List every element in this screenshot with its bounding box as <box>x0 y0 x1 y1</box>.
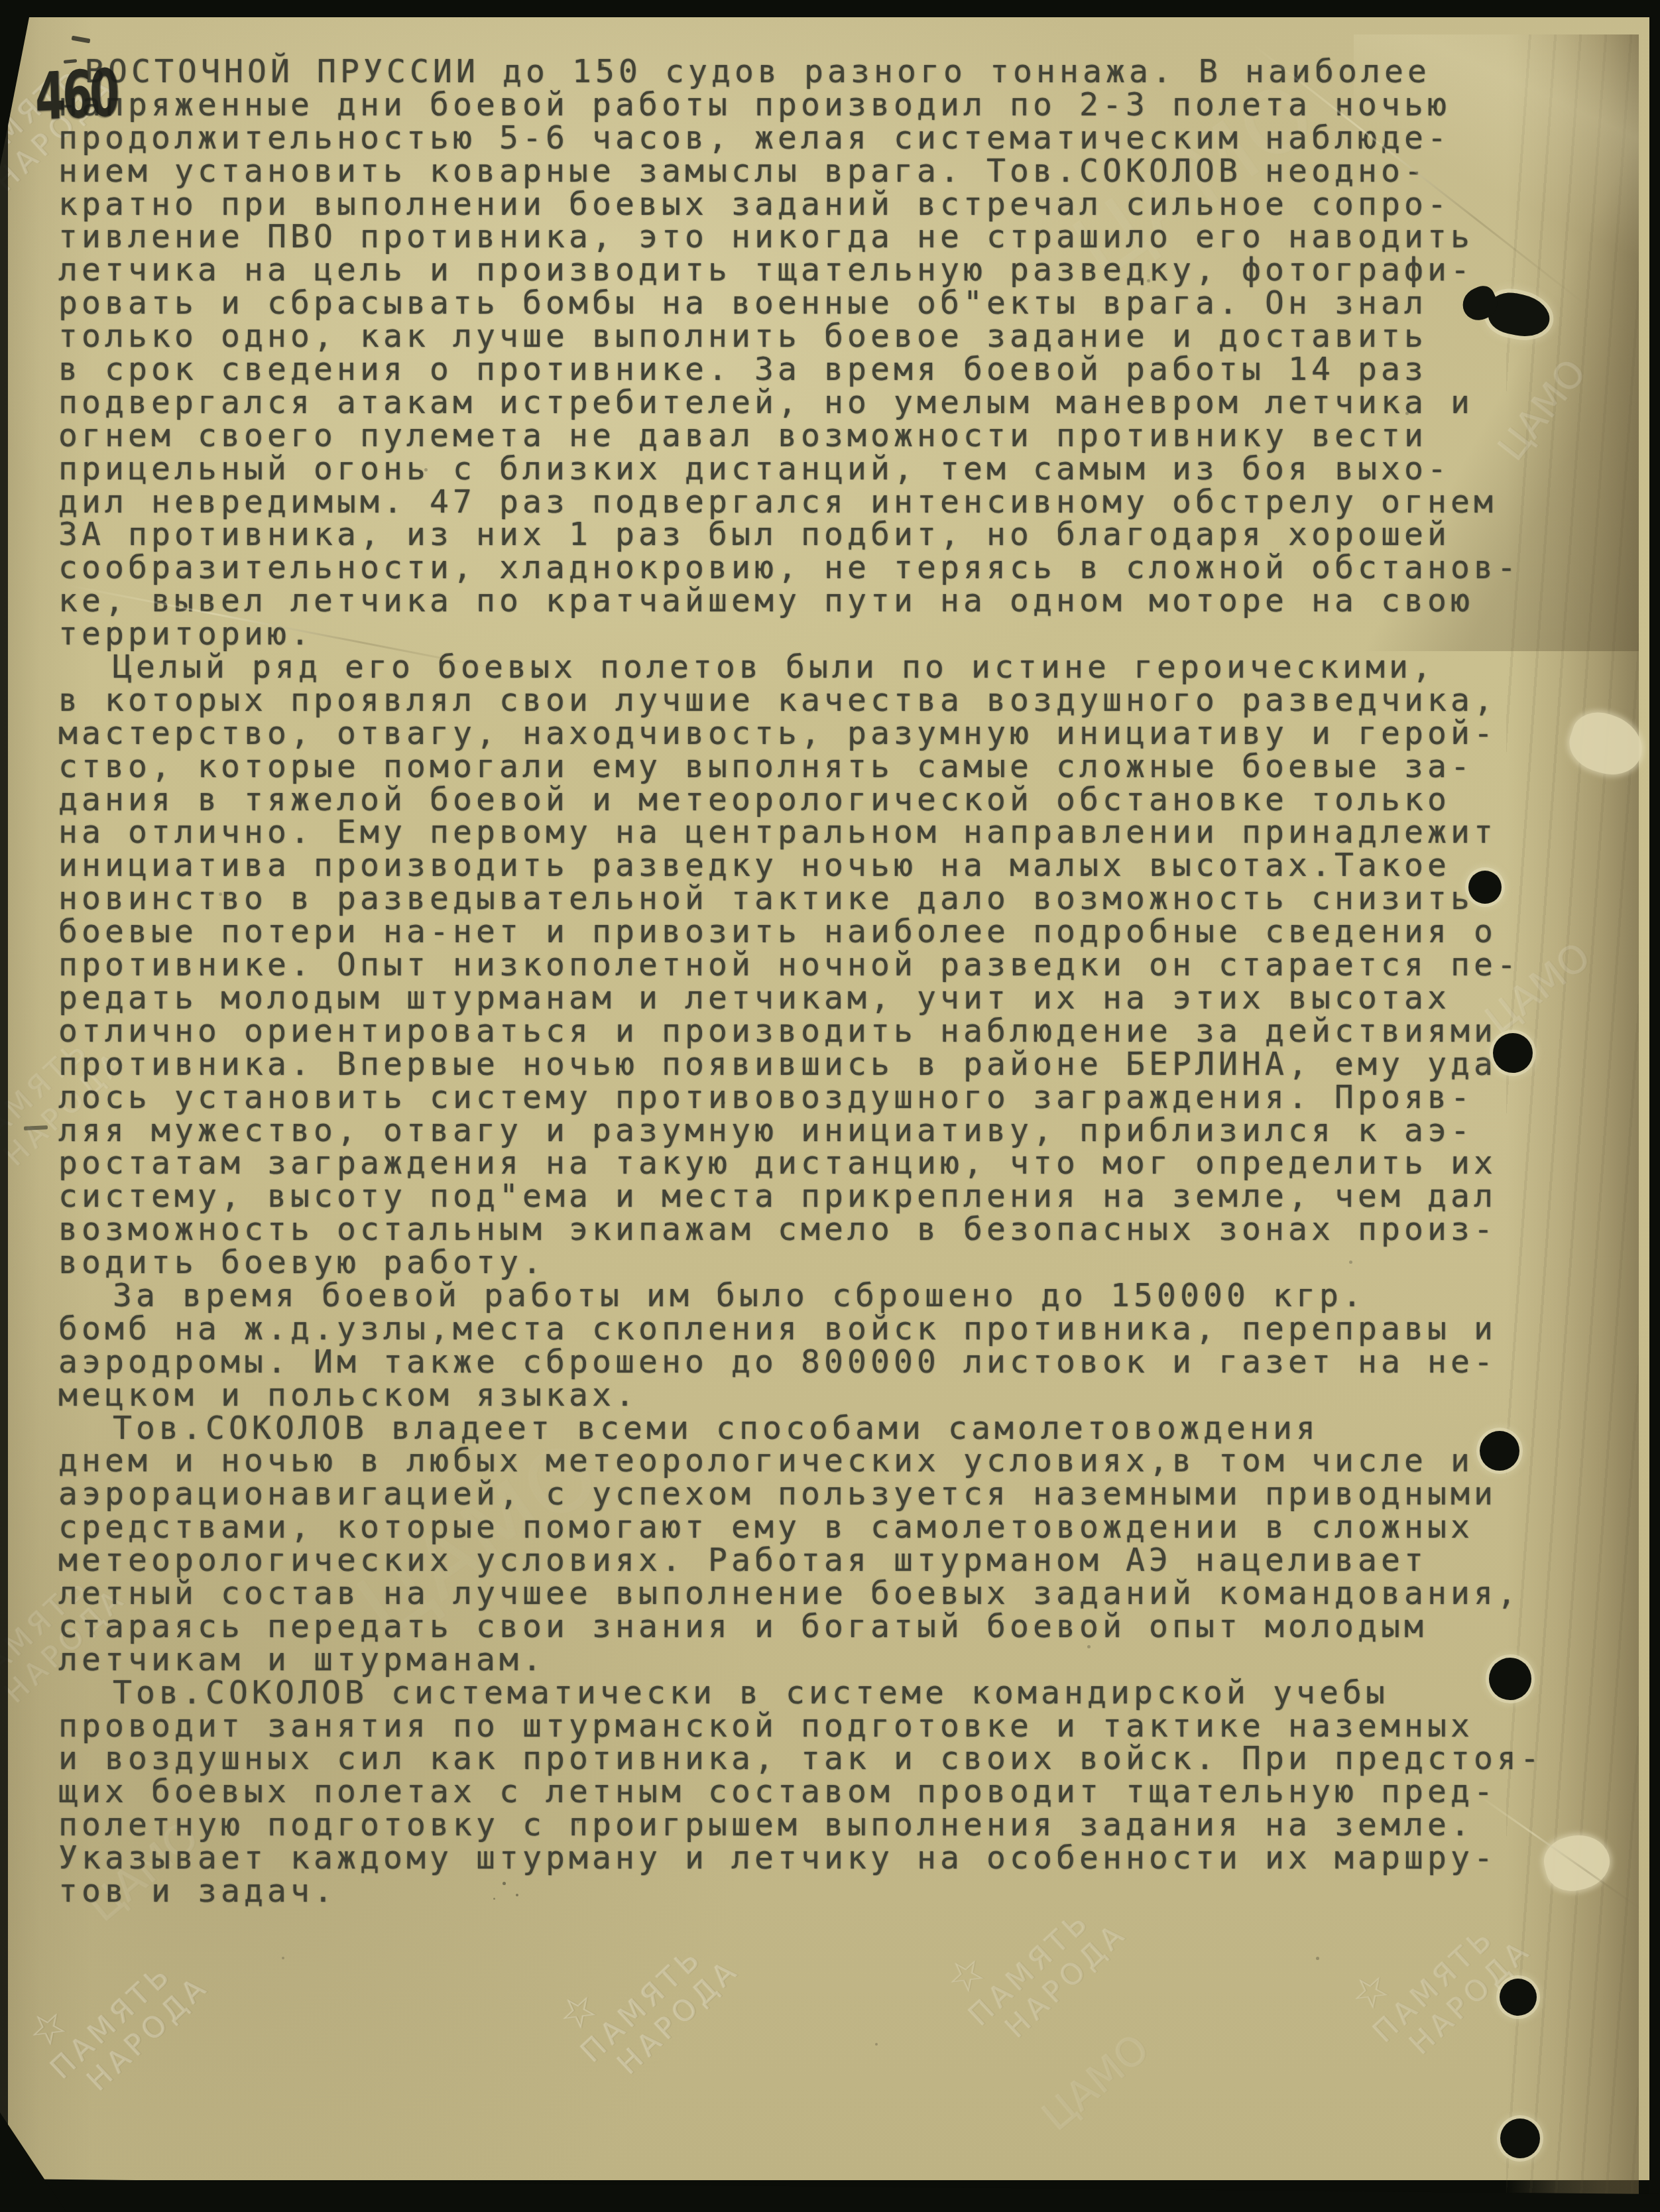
text-line: Тов.СОКОЛОВ систематически в системе ком… <box>113 1677 1583 1710</box>
scan-border-left <box>0 17 8 2192</box>
text-line: ВОСТОЧНОЙ ПРУССИИ до 150 судов разного т… <box>85 56 1583 89</box>
paper-speck <box>984 670 987 673</box>
text-line: подвергался атакам истребителей, но умел… <box>58 387 1583 420</box>
paper-speck <box>282 1957 284 1959</box>
text-line: летчикам и штурманам. <box>58 1644 1583 1677</box>
text-line: ростатам заграждения на такую дистанцию,… <box>58 1147 1583 1180</box>
punch-hole <box>1489 1658 1531 1700</box>
text-line: систему, высоту под"ема и места прикрепл… <box>58 1180 1583 1213</box>
paper-speck <box>577 1821 579 1823</box>
paper-speck <box>1147 279 1150 282</box>
scan-border-right <box>1649 0 1660 2212</box>
typewritten-text: ВОСТОЧНОЙ ПРУССИИ до 150 судов разного т… <box>58 56 1583 1908</box>
punch-hole <box>1468 871 1502 904</box>
text-line: в срок сведения о противнике. За время б… <box>58 353 1583 387</box>
paper-speck <box>723 1101 725 1104</box>
paper-speck <box>1405 412 1409 415</box>
text-line: За время боевой работы им было сброшено … <box>113 1280 1583 1313</box>
paper-speck <box>219 892 222 896</box>
memory-of-people-watermark: ☆ПАМЯТЬНАРОДА <box>546 1896 746 2094</box>
text-line: тов и задач. <box>58 1875 1583 1908</box>
text-line: ляя мужество, отвагу и разумную инициати… <box>58 1115 1583 1148</box>
punch-hole <box>1493 1033 1533 1073</box>
paper-speck <box>345 1396 347 1399</box>
text-line: прицельный огонь с близких дистанций, те… <box>58 453 1583 486</box>
text-line: напряженные дни боевой работы производил… <box>58 89 1583 122</box>
text-line: кратно при выполнении боевых заданий вст… <box>58 188 1583 221</box>
text-line: аэродромы. Им также сброшено до 800000 л… <box>58 1346 1583 1379</box>
text-line: возможность остальным экипажам смело в б… <box>58 1213 1583 1247</box>
text-line: щих боевых полетах с летным составом про… <box>58 1776 1583 1809</box>
paper-speck <box>1087 1645 1091 1648</box>
punch-hole <box>1500 1979 1537 2016</box>
text-line: дания в тяжелой боевой и метеорологическ… <box>58 784 1583 817</box>
text-line: метеорологических условиях. Работая штур… <box>58 1544 1583 1577</box>
text-line: на отлично. Ему первому на центральном н… <box>58 816 1583 849</box>
paper-speck <box>516 1894 518 1896</box>
text-line: полетную подготовку с проигрышем выполне… <box>58 1809 1583 1842</box>
paper-speck <box>503 1882 506 1885</box>
text-line: огнем своего пулемета не давал возможнос… <box>58 420 1583 453</box>
text-line: аэрорационавигацией, с успехом пользуетс… <box>58 1478 1583 1511</box>
text-line: мецком и польском языках. <box>58 1379 1583 1412</box>
text-line: лось установить систему противовоздушног… <box>58 1081 1583 1115</box>
paper-speck <box>424 468 428 471</box>
text-line: продолжительностью 5-6 часов, желая сист… <box>58 122 1583 155</box>
archive-watermark: ЦАМО <box>1034 2025 1158 2140</box>
scan-border-top <box>0 0 1660 17</box>
page-number-stamp: 460 <box>34 55 118 135</box>
text-line: противнике. Опыт низкополетной ночной ра… <box>58 949 1583 982</box>
text-line: Указывает каждому штурману и летчику на … <box>58 1842 1583 1875</box>
text-line: боевые потери на-нет и привозить наиболе… <box>58 916 1583 949</box>
text-line: и воздушных сил как противника, так и св… <box>58 1743 1583 1776</box>
text-line: ЗА противника, из них 1 раз был подбит, … <box>58 519 1583 552</box>
text-line: летный состав на лучшее выполнение боевы… <box>58 1577 1583 1611</box>
text-line: стараясь передать свои знания и богатый … <box>58 1611 1583 1644</box>
text-line: редать молодым штурманам и летчикам, учи… <box>58 982 1583 1015</box>
text-line: Тов.СОКОЛОВ владеет всеми способами само… <box>113 1412 1583 1445</box>
text-line: только одно, как лучше выполнить боевое … <box>58 320 1583 353</box>
text-line: противника. Впервые ночью появившись в р… <box>58 1048 1583 1081</box>
text-line: ство, которые помогали ему выполнять сам… <box>58 751 1583 784</box>
paper-speck <box>875 2043 878 2046</box>
text-line: новинство в разведывательной тактике дал… <box>58 883 1583 916</box>
paper-speck <box>1316 1957 1319 1960</box>
memory-of-people-watermark: ☆ПАМЯТЬНАРОДА <box>15 1913 216 2111</box>
text-line: днем и ночью в любых метеорологических у… <box>58 1445 1583 1478</box>
text-line: ровать и сбрасывать бомбы на военные об"… <box>58 287 1583 320</box>
text-line: тивление ПВО противника, это никогда не … <box>58 221 1583 254</box>
text-line: в которых проявлял свои лучшие качества … <box>58 684 1583 717</box>
text-line: средствами, которые помогают ему в самол… <box>58 1511 1583 1544</box>
text-line: отлично ориентироваться и производить на… <box>58 1015 1583 1048</box>
punch-hole <box>1500 2119 1540 2158</box>
text-line: бомб на ж.д.узлы,места скопления войск п… <box>58 1313 1583 1346</box>
paper-speck <box>1349 1260 1352 1264</box>
text-line: нием установить коварные замыслы врага. … <box>58 155 1583 188</box>
text-line: инициатива производить разведку ночью на… <box>58 849 1583 883</box>
text-line: ке, вывел летчика по кратчайшему пути на… <box>58 585 1583 618</box>
text-line: водить боевую работу. <box>58 1247 1583 1280</box>
text-line: мастерство, отвагу, находчивость, разумн… <box>58 717 1583 751</box>
punch-hole <box>1480 1431 1519 1471</box>
text-line: территорию. <box>58 618 1583 651</box>
text-line: проводит занятия по штурманской подготов… <box>58 1710 1583 1743</box>
text-line: летчика на цель и производить тщательную… <box>58 254 1583 287</box>
text-line: Целый ряд его боевых полетов были по ист… <box>113 651 1583 684</box>
document-page: ☆ПАМЯТЬНАРОДА☆ПАМЯТЬНАРОДА☆ПАМЯТЬНАРОДА☆… <box>0 17 1649 2180</box>
text-line: сообразительности, хладнокровию, не теря… <box>58 552 1583 585</box>
paper-speck <box>493 1898 495 1900</box>
paper-speck <box>600 64 604 68</box>
text-line: дил невредимым. 47 раз подвергался интен… <box>58 486 1583 519</box>
